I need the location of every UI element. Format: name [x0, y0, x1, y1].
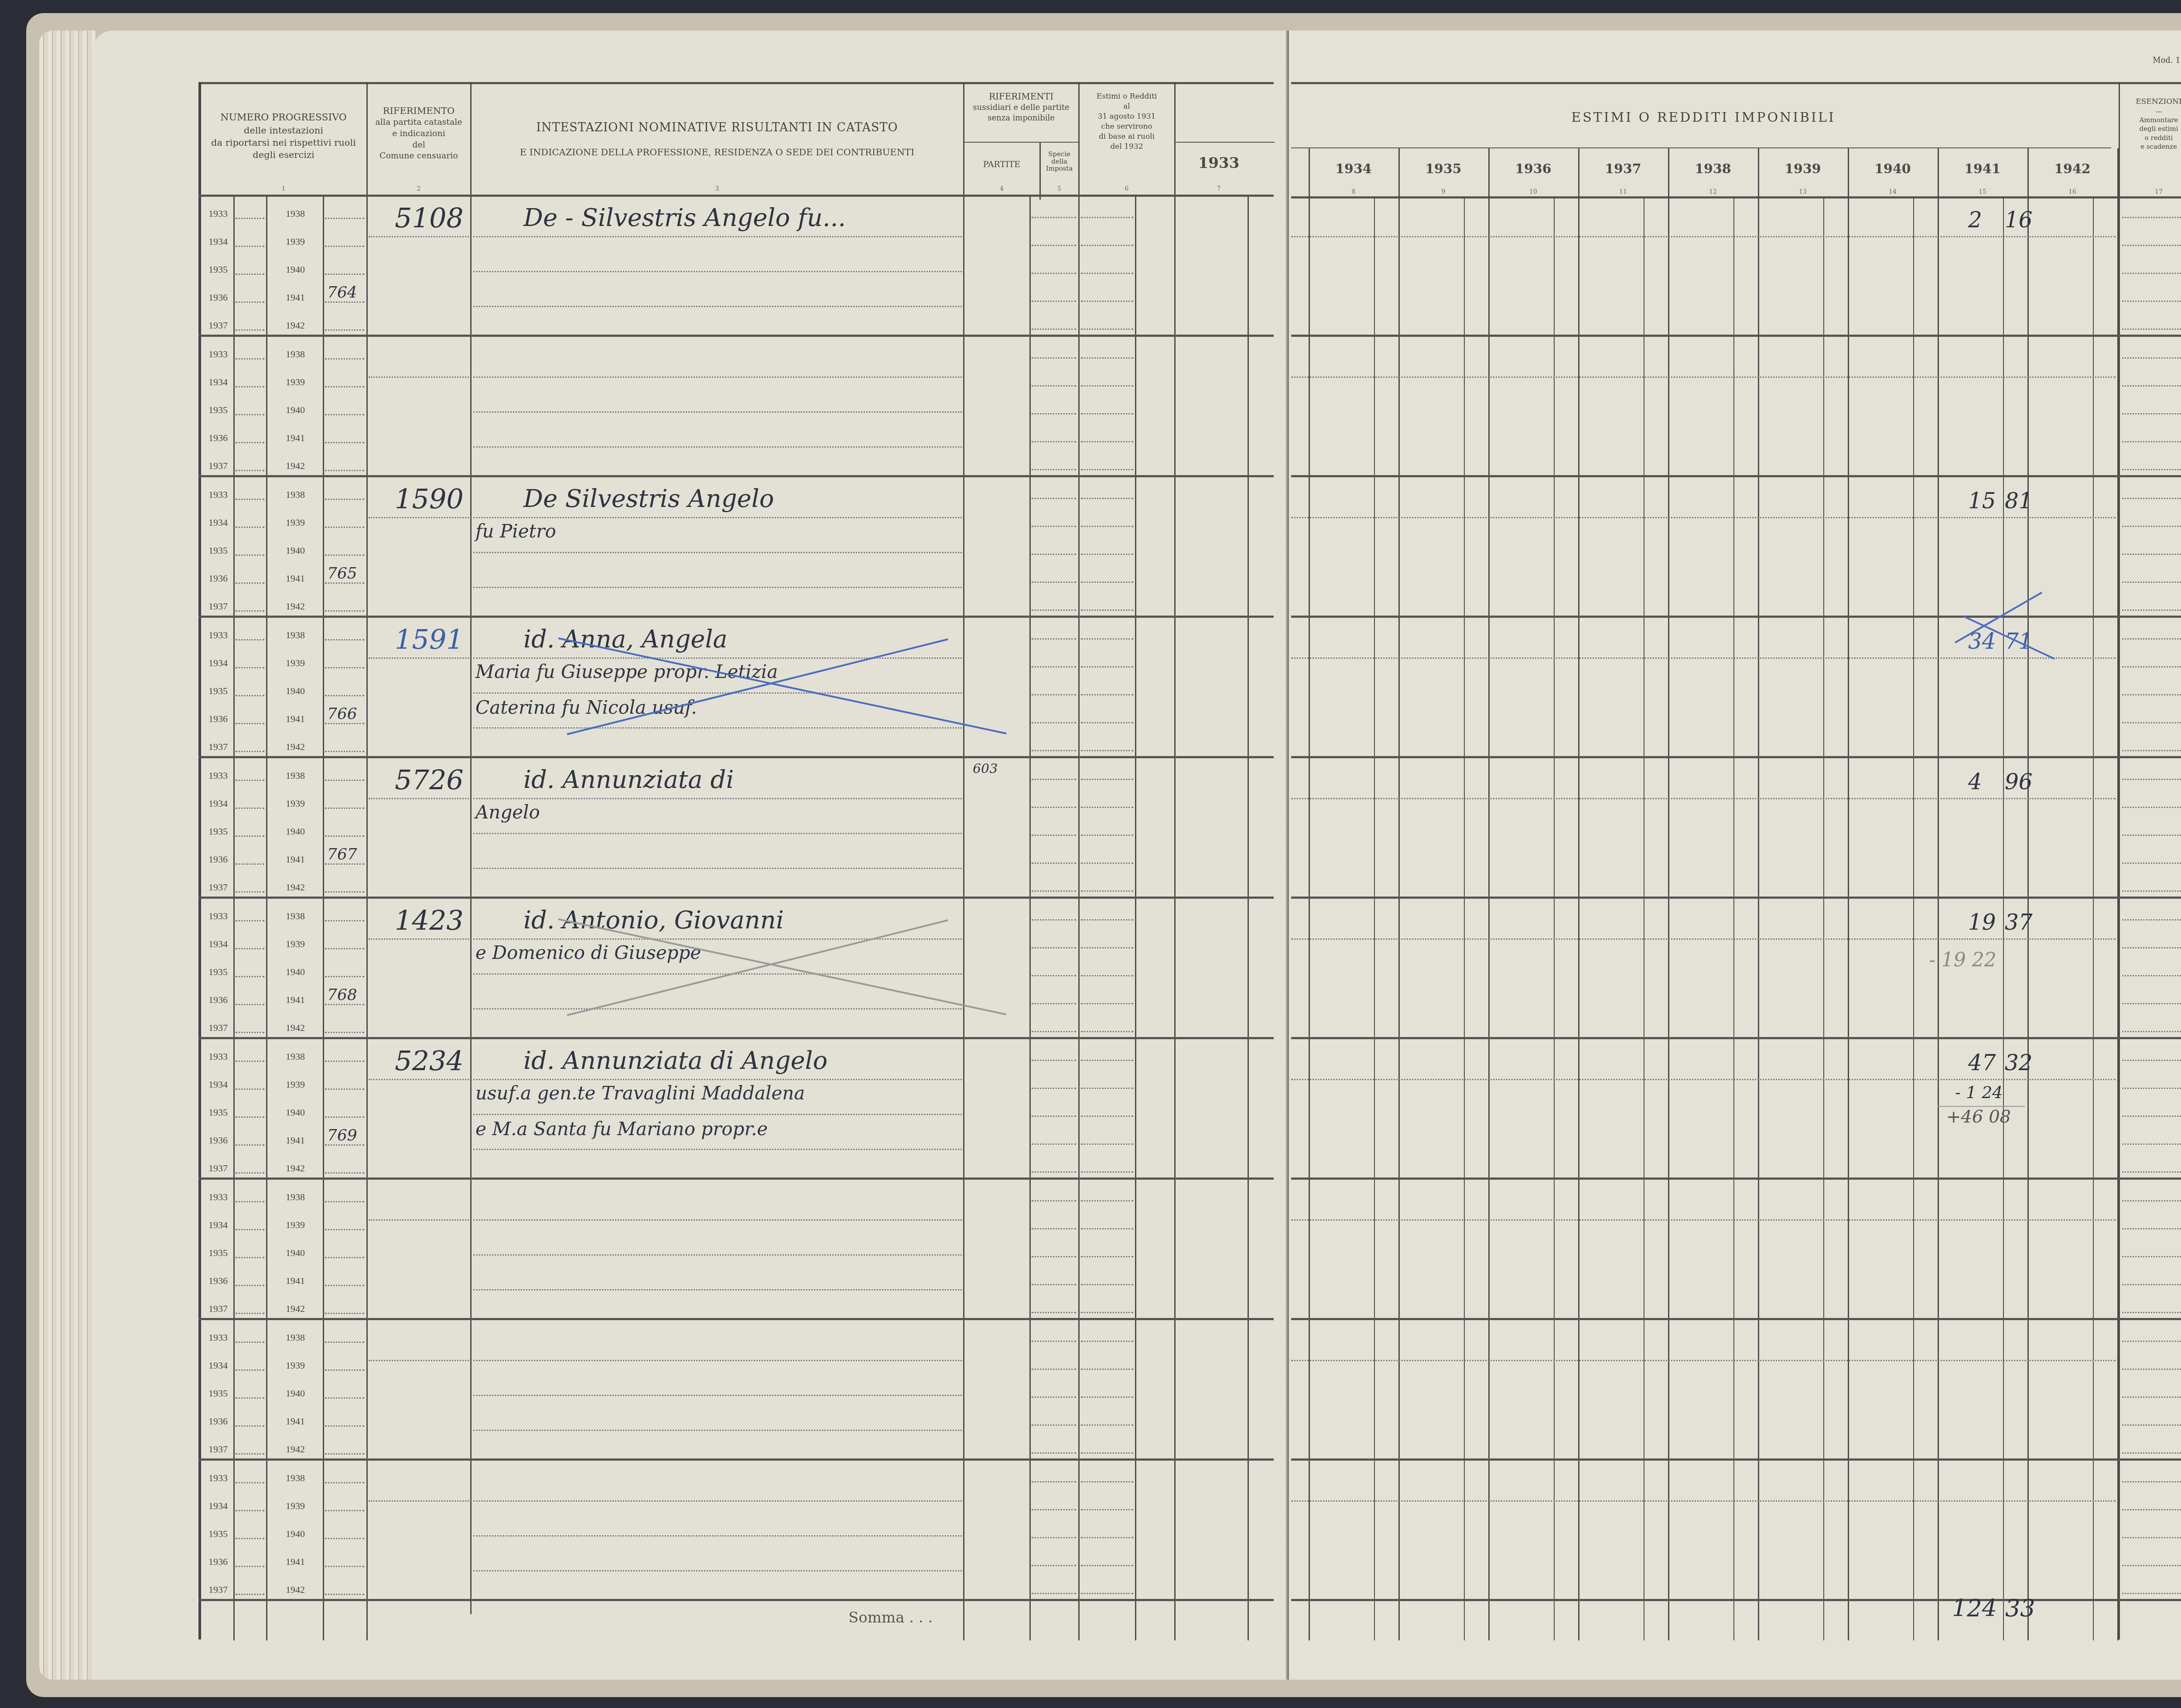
year-label: 1940: [286, 545, 305, 556]
year-label: 1935: [209, 826, 228, 837]
year-label: 1942: [286, 460, 305, 472]
entry-separator: [198, 335, 1274, 337]
header-intestazioni: INTESTAZIONI NOMINATIVE RISULTANTI IN CA…: [471, 120, 963, 136]
header-estimi-imponibili: ESTIMI O REDDITI IMPONIBILI: [1291, 109, 2116, 127]
year-label: 1936: [209, 1275, 228, 1287]
year-label: 1935: [209, 404, 228, 416]
year-label: 1941: [286, 1275, 305, 1287]
somma-1941-dec: 33: [2005, 1595, 2035, 1622]
left-page: [92, 31, 1291, 1680]
intestazione-line: id. Anna, Angela: [523, 625, 728, 654]
year-label: 1936: [209, 1135, 228, 1146]
year-label: 1934: [209, 798, 228, 809]
year-label: 1941: [286, 713, 305, 725]
year-label: 1934: [209, 1500, 228, 1512]
year-label: 1934: [209, 657, 228, 669]
year-label: 1933: [209, 770, 228, 781]
partita-number: 5108: [395, 202, 464, 234]
year-label: 1938: [286, 910, 305, 922]
right-page: [1289, 31, 2181, 1680]
header-riferimento: RIFERIMENTO alla partita catastale e ind…: [367, 105, 470, 162]
header-year-1934: 1934: [1309, 161, 1398, 178]
header-year-1942: 1942: [2027, 161, 2117, 178]
header-partite: PARTITE: [964, 159, 1039, 171]
column-number-17: 17: [2120, 188, 2181, 195]
form-id-label: Mod. 111 - Imposte Dirette (Intercalare,: [2153, 56, 2181, 65]
value-1941-dec: 37: [2005, 910, 2033, 935]
year-label: 1939: [286, 1219, 305, 1231]
year-label: 1940: [286, 966, 305, 978]
entry-separator: [198, 897, 1274, 899]
header-year-1941: 1941: [1938, 161, 2027, 178]
entry-separator: [1291, 1599, 2181, 1601]
riferimento-partita-value: 603: [973, 761, 998, 777]
year-label: 1941: [286, 1416, 305, 1427]
intestazione-line: Caterina fu Nicola usuf.: [475, 697, 697, 718]
year-label: 1939: [286, 1500, 305, 1512]
year-label: 1933: [209, 349, 228, 360]
year-label: 1938: [286, 1472, 305, 1484]
year-label: 1935: [209, 685, 228, 697]
year-label: 1934: [209, 938, 228, 950]
year-label: 1941: [286, 432, 305, 444]
year-label: 1934: [209, 1079, 228, 1090]
year-label: 1939: [286, 1079, 305, 1090]
year-label: 1939: [286, 938, 305, 950]
year-label: 1934: [209, 517, 228, 528]
year-label: 1933: [209, 1332, 228, 1343]
entry-separator: [1291, 335, 2181, 337]
progressivo-number: 767: [327, 845, 357, 863]
year-label: 1937: [209, 601, 228, 612]
value-1941-int: 47: [1968, 1050, 1996, 1075]
column-number: 15: [1938, 188, 2027, 195]
header-intestazioni-subtitle: E INDICAZIONE DELLA PROFESSIONE, RESIDEN…: [471, 146, 963, 158]
year-label: 1940: [286, 685, 305, 697]
year-label: 1935: [209, 1528, 228, 1540]
value-1941-int: 15: [1968, 488, 1996, 513]
header-year-1935: 1935: [1398, 161, 1488, 178]
entry-separator: [1291, 897, 2181, 899]
value-1941-dec: 81: [2005, 488, 2033, 513]
year-label: 1941: [286, 994, 305, 1006]
year-label: 1933: [209, 1191, 228, 1203]
year-label: 1936: [209, 994, 228, 1006]
entry-separator: [198, 1458, 1274, 1461]
value-1941-int: 4: [1968, 769, 1982, 794]
partita-number: 1423: [395, 904, 464, 936]
year-label: 1933: [209, 630, 228, 641]
year-label: 1936: [209, 1556, 228, 1568]
year-label: 1942: [286, 320, 305, 331]
year-label: 1940: [286, 1528, 305, 1540]
entry-separator: [1291, 1318, 2181, 1320]
entry-separator: [198, 616, 1274, 618]
year-label: 1933: [209, 489, 228, 500]
year-label: 1937: [209, 882, 228, 893]
year-label: 1938: [286, 489, 305, 500]
column-number-3: 3: [471, 185, 963, 192]
column-number-5: 5: [1040, 185, 1078, 192]
somma-1941-int: 124: [1952, 1595, 1997, 1622]
header-year-1939: 1939: [1758, 161, 1848, 178]
entry-separator: [198, 475, 1274, 477]
header-riferimenti-sussidiari: RIFERIMENTI sussidiari e delle partite s…: [964, 91, 1078, 124]
header-numero-progressivo: NUMERO PROGRESSIVO delle intestazioni da…: [201, 111, 366, 161]
year-label: 1936: [209, 854, 228, 865]
entry-separator: [1291, 616, 2181, 618]
partita-number: 5234: [395, 1045, 464, 1077]
year-label: 1935: [209, 545, 228, 556]
year-label: 1936: [209, 1416, 228, 1427]
year-label: 1942: [286, 741, 305, 753]
entry-separator: [1291, 1037, 2181, 1039]
year-label: 1935: [209, 1107, 228, 1118]
intestazione-line: De Silvestris Angelo: [523, 485, 774, 513]
intestazione-line: Maria fu Giuseppe propr. Letizia: [475, 661, 778, 682]
year-label: 1934: [209, 1360, 228, 1371]
header-estimi-1931: Estimi o Redditi al 31 agosto 1931 che s…: [1079, 92, 1174, 152]
year-label: 1939: [286, 377, 305, 388]
year-label: 1938: [286, 1332, 305, 1343]
partita-number: 1590: [395, 483, 464, 515]
year-label: 1942: [286, 1303, 305, 1314]
progressivo-number: 764: [327, 284, 357, 301]
progressivo-number: 766: [327, 705, 357, 723]
year-label: 1937: [209, 1303, 228, 1314]
year-label: 1940: [286, 1247, 305, 1259]
intestazione-line: e M.a Santa fu Mariano propr.e: [475, 1118, 768, 1140]
adjustment-result: +46 08: [1946, 1107, 2011, 1127]
year-label: 1936: [209, 432, 228, 444]
header-esenzioni: ESENZIONI — Ammontare degli estimi o red…: [2120, 97, 2181, 151]
year-label: 1933: [209, 1472, 228, 1484]
year-label: 1940: [286, 1388, 305, 1399]
intestazione-line: id. Annunziata di Angelo: [523, 1047, 827, 1075]
year-label: 1937: [209, 320, 228, 331]
value-1941-dec: 96: [2005, 769, 2033, 794]
year-label: 1941: [286, 854, 305, 865]
column-number: 9: [1398, 188, 1488, 195]
year-label: 1938: [286, 1191, 305, 1203]
year-label: 1942: [286, 1163, 305, 1174]
value-1941-int: 2: [1968, 207, 1982, 233]
intestazione-line: Angelo: [475, 801, 540, 823]
column-number: 10: [1488, 188, 1578, 195]
entry-separator: [1291, 475, 2181, 477]
header-year-1938: 1938: [1668, 161, 1758, 178]
column-number-4: 4: [964, 185, 1039, 192]
progressivo-number: 768: [327, 986, 357, 1004]
left-page-stack: [39, 31, 96, 1680]
progressivo-number: 765: [327, 565, 357, 582]
intestazione-line: id. Annunziata di: [523, 766, 734, 794]
year-label: 1941: [286, 1135, 305, 1146]
year-label: 1935: [209, 966, 228, 978]
value-1941-dec: 32: [2005, 1050, 2033, 1075]
year-label: 1938: [286, 630, 305, 641]
header-year-1937: 1937: [1578, 161, 1668, 178]
column-number-1: 1: [201, 185, 366, 192]
year-label: 1936: [209, 573, 228, 584]
year-label: 1941: [286, 1556, 305, 1568]
year-label: 1938: [286, 1051, 305, 1062]
year-label: 1938: [286, 349, 305, 360]
year-label: 1937: [209, 1444, 228, 1455]
year-label: 1937: [209, 1022, 228, 1034]
year-label: 1933: [209, 1051, 228, 1062]
partita-number: 5726: [395, 764, 464, 796]
year-label: 1934: [209, 1219, 228, 1231]
column-number: 12: [1668, 188, 1758, 195]
year-label: 1939: [286, 798, 305, 809]
value-1941-int: 19: [1968, 910, 1996, 935]
intestazione-line: De - Silvestris Angelo fu...: [523, 204, 846, 232]
header-specie-imposta: Specie della Imposta: [1040, 151, 1078, 172]
year-label: 1939: [286, 1360, 305, 1371]
year-label: 1942: [286, 1022, 305, 1034]
year-label: 1942: [286, 1584, 305, 1595]
year-label: 1937: [209, 460, 228, 472]
year-label: 1938: [286, 208, 305, 219]
year-label: 1935: [209, 1247, 228, 1259]
value-1941-dec: 16: [2005, 207, 2033, 233]
pencil-correction: - 19 22: [1929, 949, 1996, 971]
column-number: 16: [2027, 188, 2117, 195]
year-label: 1942: [286, 601, 305, 612]
entry-separator: [1291, 1177, 2181, 1180]
year-label: 1939: [286, 517, 305, 528]
intestazione-line: e Domenico di Giuseppe: [475, 942, 701, 963]
year-label: 1941: [286, 573, 305, 584]
entry-separator: [1291, 1458, 2181, 1461]
entry-separator: [198, 1318, 1274, 1320]
year-label: 1934: [209, 377, 228, 388]
intestazione-line: fu Pietro: [475, 520, 556, 542]
year-label: 1935: [209, 1388, 228, 1399]
year-label: 1942: [286, 882, 305, 893]
year-label: 1933: [209, 910, 228, 922]
year-label: 1942: [286, 1444, 305, 1455]
entry-separator: [198, 1599, 1274, 1601]
column-number: 11: [1578, 188, 1668, 195]
partita-number: 1591: [395, 623, 464, 655]
year-label: 1936: [209, 292, 228, 303]
year-label: 1940: [286, 1107, 305, 1118]
year-label: 1941: [286, 292, 305, 303]
year-label: 1933: [209, 208, 228, 219]
year-label: 1938: [286, 770, 305, 781]
year-label: 1934: [209, 236, 228, 247]
header-year-1936: 1936: [1488, 161, 1578, 178]
year-label: 1940: [286, 404, 305, 416]
year-label: 1937: [209, 1584, 228, 1595]
column-number-2: 2: [367, 185, 470, 192]
header-year-1933: 1933: [1175, 154, 1262, 174]
year-label: 1939: [286, 657, 305, 669]
column-number: 14: [1848, 188, 1938, 195]
year-label: 1937: [209, 741, 228, 753]
year-label: 1939: [286, 236, 305, 247]
adjustment-value: - 1 24: [1955, 1083, 2003, 1102]
progressivo-number: 769: [327, 1126, 357, 1144]
somma-label: Somma . . .: [848, 1609, 933, 1626]
header-year-1940: 1940: [1848, 161, 1938, 178]
year-label: 1935: [209, 264, 228, 275]
entry-separator: [1291, 756, 2181, 758]
entry-separator: [198, 1177, 1274, 1180]
entry-separator: [198, 1037, 1274, 1039]
column-number: 13: [1758, 188, 1848, 195]
entry-separator: [198, 756, 1274, 758]
year-label: 1936: [209, 713, 228, 725]
year-label: 1940: [286, 264, 305, 275]
column-number-7: 7: [1175, 185, 1262, 192]
intestazione-line: usuf.a gen.te Travaglini Maddalena: [475, 1082, 805, 1104]
year-label: 1937: [209, 1163, 228, 1174]
year-label: 1940: [286, 826, 305, 837]
column-number-6: 6: [1079, 185, 1174, 192]
column-number: 8: [1309, 188, 1398, 195]
